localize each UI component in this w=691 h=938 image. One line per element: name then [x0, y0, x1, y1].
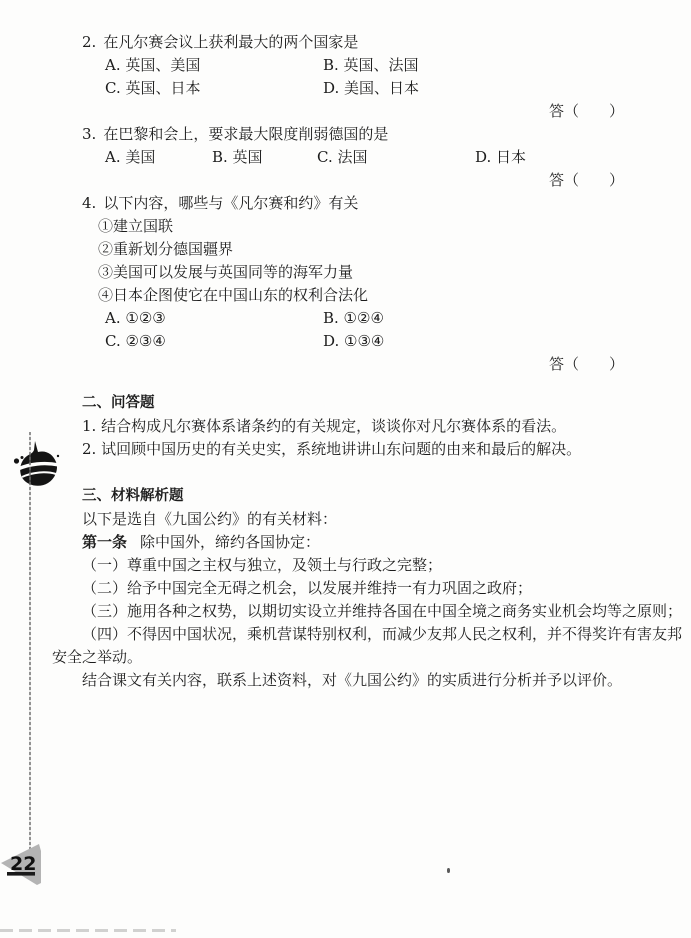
- section-heading: 二、问答题: [52, 392, 684, 415]
- question-number: 4.: [82, 194, 96, 212]
- essay-question: 2. 试回顾中国历史的有关史实，系统地讲讲山东问题的由来和最后的解决。: [52, 438, 684, 461]
- option-a: A. 英国、美国: [105, 54, 323, 77]
- option-b: B. ①②④: [323, 307, 684, 330]
- article-line: 第一条除中国外，缔约各国协定：: [52, 531, 684, 554]
- option-row: A. 美国 B. 英国 C. 法国 D. 日本: [52, 146, 684, 169]
- answer-blank[interactable]: 答（ ）: [549, 355, 624, 373]
- article-label: 第一条: [82, 533, 127, 551]
- essay-section: 二、问答题 1. 结合构成凡尔赛体系诸条约的有关规定，谈谈你对凡尔赛体系的看法。…: [52, 392, 684, 461]
- option-c: C. 英国、日本: [105, 77, 323, 100]
- material-section: 三、材料解析题 以下是选自《九国公约》的有关材料： 第一条除中国外，缔约各国协定…: [52, 485, 684, 692]
- material-conclusion: 结合课文有关内容，联系上述资料，对《九国公约》的实质进行分析并予以评价。: [52, 669, 684, 692]
- choice-question-2: 2.在凡尔赛会议上获利最大的两个国家是 A. 英国、美国 B. 英国、法国 C.…: [52, 31, 684, 123]
- essay-question: 1. 结合构成凡尔赛体系诸条约的有关规定，谈谈你对凡尔赛体系的看法。: [52, 415, 684, 438]
- clause: （四）不得因中国状况，乘机营谋特别权利，而减少友邦人民之权利，并不得奖许有害友邦…: [52, 623, 684, 669]
- option-b: B. 英国、法国: [323, 54, 684, 77]
- option-c: C. ②③④: [105, 330, 323, 353]
- option-a: A. 美国: [105, 146, 212, 169]
- option-d: D. ①③④: [323, 330, 684, 353]
- option-row: A. 英国、美国 B. 英国、法国: [52, 54, 684, 77]
- list-item: ③美国可以发展与英国同等的海军力量: [52, 261, 684, 284]
- ink-speck: [447, 868, 450, 873]
- page-content: 2.在凡尔赛会议上获利最大的两个国家是 A. 英国、美国 B. 英国、法国 C.…: [52, 31, 684, 692]
- clause: （一）尊重中国之主权与独立，及领土与行政之完整；: [52, 554, 684, 577]
- page-number-tab: 22: [1, 843, 41, 891]
- question-stem: 2.在凡尔赛会议上获利最大的两个国家是: [52, 31, 684, 54]
- question-stem: 4.以下内容，哪些与《凡尔赛和约》有关: [52, 192, 684, 215]
- option-c: C. 法国: [317, 146, 475, 169]
- answer-row: 答（ ）: [52, 353, 684, 376]
- margin-crease-line: [29, 432, 31, 855]
- clause: （三）施用各种之权势，以期切实设立并维持各国在中国全境之商务实业机会均等之原则；: [52, 600, 684, 623]
- answer-blank[interactable]: 答（ ）: [549, 102, 624, 120]
- option-d: D. 美国、日本: [323, 77, 684, 100]
- option-row: A. ①②③ B. ①②④: [52, 307, 684, 330]
- answer-blank[interactable]: 答（ ）: [549, 171, 624, 189]
- article-text: 除中国外，缔约各国协定：: [140, 533, 320, 551]
- section-heading: 三、材料解析题: [52, 485, 684, 508]
- page-number: 22: [10, 853, 36, 875]
- choice-question-4: 4.以下内容，哪些与《凡尔赛和约》有关 ①建立国联 ②重新划分德国疆界 ③美国可…: [52, 192, 684, 376]
- answer-row: 答（ ）: [52, 169, 684, 192]
- clause: （二）给予中国完全无碍之机会，以发展并维持一有力巩固之政府；: [52, 577, 684, 600]
- option-row: C. ②③④ D. ①③④: [52, 330, 684, 353]
- option-a: A. ①②③: [105, 307, 323, 330]
- list-item: ④日本企图使它在中国山东的权利合法化: [52, 284, 684, 307]
- answer-row: 答（ ）: [52, 100, 684, 123]
- question-number: 2.: [82, 33, 96, 51]
- material-intro: 以下是选自《九国公约》的有关材料：: [52, 508, 684, 531]
- workbook-page: 22 2.在凡尔赛会议上获利最大的两个国家是 A. 英国、美国 B. 英国、法国…: [0, 0, 691, 938]
- option-row: C. 英国、日本 D. 美国、日本: [52, 77, 684, 100]
- choice-question-3: 3.在巴黎和会上，要求最大限度削弱德国的是 A. 美国 B. 英国 C. 法国 …: [52, 123, 684, 192]
- question-stem: 3.在巴黎和会上，要求最大限度削弱德国的是: [52, 123, 684, 146]
- option-b: B. 英国: [212, 146, 317, 169]
- scan-artifact-line: [0, 929, 176, 932]
- option-d: D. 日本: [475, 146, 526, 169]
- list-item: ②重新划分德国疆界: [52, 238, 684, 261]
- list-item: ①建立国联: [52, 215, 684, 238]
- question-number: 3.: [82, 125, 96, 143]
